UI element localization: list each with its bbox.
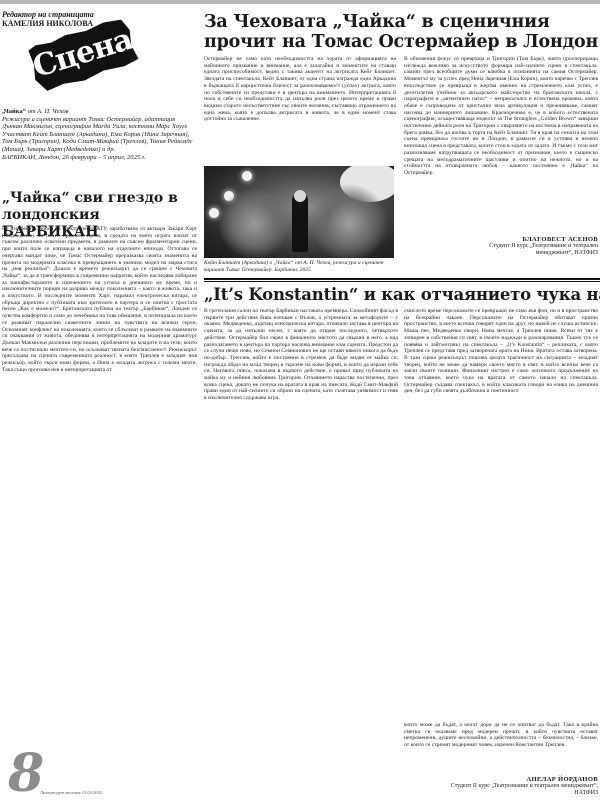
article1-column-1: Остермайер не само като необходимостта н… [204, 56, 396, 162]
editor-role: Редактор на страницата [2, 10, 122, 19]
page-number: 8 [8, 748, 44, 800]
footer-note: Литературен вестник 19.03.2025 [40, 790, 102, 795]
signature-block-2: АНЕЛАР ЙОРДАНОВ Студент II курс „Театроз… [404, 776, 598, 797]
credits-line: БАРБИКАН, Лондон, 26 февруари – 5 април,… [2, 154, 195, 162]
credits-title: „Чайка“ [2, 108, 26, 115]
top-border [0, 0, 600, 4]
article-headline-second: „It’s Konstantin“ и как отчаянието чука … [204, 285, 600, 304]
article1-column-3: В обновения фокус се превръща и Тригорин… [404, 56, 598, 232]
article-headline-main: За Чеховата „Чайка“ в сценичния прочит н… [204, 12, 600, 52]
author-name: БЛАГОВЕСТ АСЕНОВ [404, 236, 598, 243]
divider-rule [204, 278, 600, 280]
author-name: АНЕЛАР ЙОРДАНОВ [404, 776, 598, 783]
photo-lamp [242, 171, 252, 181]
author-affiliation: Студент II курс „Театрознание и театрале… [404, 783, 598, 790]
photo-foliage [219, 186, 289, 258]
article2-body: Не изгубената любов на електрическо АТУ,… [2, 226, 197, 742]
photo-lamp [209, 208, 219, 218]
production-credits: „Чайка“ от А. П. Чехов Режисура и сценич… [2, 108, 195, 161]
article3-column-3: които може да бъдат, а могат дори да не … [404, 722, 598, 750]
credits-line: Режисура и сценичен вариант Томас Остерм… [2, 116, 195, 131]
author-affiliation: Студент II курс „Театрознание и театрале… [404, 243, 598, 250]
credits-line: Участват Кейт Бланшет (Аркадина), Ема Ко… [2, 131, 195, 154]
photo-foliage [309, 184, 389, 258]
article-photo [204, 166, 394, 258]
article3-column-1: В гротескния салон на театър Барбикан на… [204, 308, 398, 798]
credits-author: от А. П. Чехов [26, 108, 68, 115]
author-affiliation: мениджмънт“, НАТФИЗ [404, 250, 598, 257]
divider-rule [204, 281, 600, 282]
signature-block-1: БЛАГОВЕСТ АСЕНОВ Студент II курс „Театро… [404, 236, 598, 257]
article3-column-2: смислото време персонажите се превръщат … [404, 308, 598, 722]
photo-caption: Кейт Бланшет (Аркадина) в „Чайка“ от А. … [204, 260, 396, 273]
photo-actress-head [294, 190, 306, 202]
section-logo: Сцена [30, 20, 135, 88]
author-affiliation: НАТФИЗ [404, 790, 598, 797]
photo-actress-figure [292, 194, 308, 252]
